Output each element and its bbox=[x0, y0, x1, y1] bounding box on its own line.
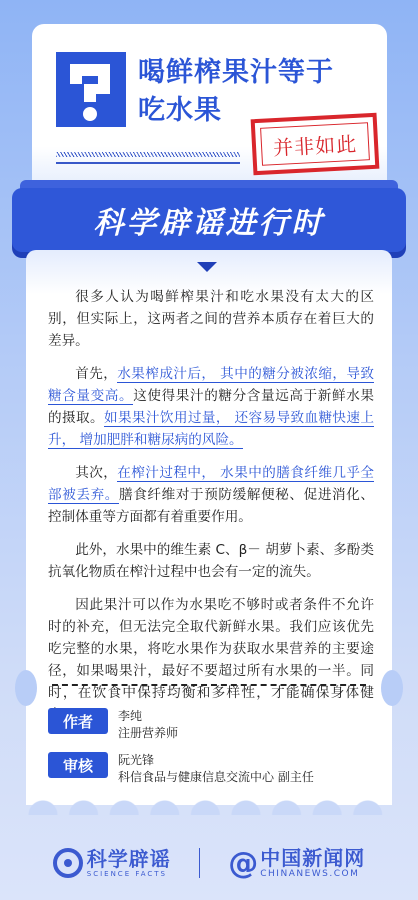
reviewer-credit: 审核 阮光锋 科信食品与健康信息交流中心 副主任 bbox=[48, 752, 314, 786]
dashed-divider bbox=[52, 684, 366, 686]
chinanews-logo: @ 中国新闻网 CHINANEWS.COM bbox=[228, 846, 365, 881]
reviewer-name: 阮光锋 bbox=[118, 752, 314, 769]
chevron-down-icon bbox=[197, 262, 217, 272]
paragraph: 因此果汁可以作为水果吃不够时或者条件不允许时的补充，但无法完全取代新鲜水果。我们… bbox=[48, 594, 374, 726]
logo-separator bbox=[199, 848, 201, 878]
ticket-notch-right bbox=[381, 670, 403, 706]
decorative-hatch bbox=[56, 152, 240, 157]
paragraph-text: 因此果汁可以作为水果吃不够时或者条件不允许时的补充，但无法完全取代新鲜水果。我们… bbox=[48, 597, 374, 723]
ticket-notch-left bbox=[15, 670, 37, 706]
footer-logos: 科学辟谣 SCIENCE FACTS @ 中国新闻网 CHINANEWS.COM bbox=[0, 838, 418, 888]
paragraph: 其次，在榨汁过程中， 水果中的膳食纤维几乎全部被丢弃。膳食纤维对于预防缓解便秘、… bbox=[48, 462, 374, 528]
banner-title: 科学辟谣进行时 bbox=[94, 198, 325, 242]
section-banner: 科学辟谣进行时 bbox=[12, 188, 406, 252]
at-sign-icon: @ bbox=[228, 846, 258, 881]
paragraph: 此外，水果中的维生素 C、β－ 胡萝卜素、多酚类抗氧化物质在榨汁过程中也会有一定… bbox=[48, 539, 374, 583]
logo2-en: CHINANEWS.COM bbox=[260, 869, 365, 879]
science-facts-logo: 科学辟谣 SCIENCE FACTS bbox=[53, 848, 171, 878]
verdict-stamp: 并非如此 bbox=[251, 113, 380, 176]
paragraph-text: 其次， bbox=[75, 465, 117, 481]
scalloped-edge bbox=[26, 795, 392, 815]
author-title: 注册营养师 bbox=[118, 725, 178, 742]
author-info: 李纯 注册营养师 bbox=[118, 708, 178, 742]
author-badge: 作者 bbox=[48, 708, 108, 734]
paragraph-text: 此外，水果中的维生素 C、β－ 胡萝卜素、多酚类抗氧化物质在榨汁过程中也会有一定… bbox=[48, 542, 374, 580]
logo1-en: SCIENCE FACTS bbox=[87, 870, 171, 878]
science-facts-icon bbox=[53, 848, 83, 878]
paragraph-text: 很多人认为喝鲜榨果汁和吃水果没有太大的区别，但实际上，这两者之间的营养本质存在着… bbox=[48, 289, 374, 349]
author-credit: 作者 李纯 注册营养师 bbox=[48, 708, 178, 742]
reviewer-title: 科信食品与健康信息交流中心 副主任 bbox=[118, 769, 314, 786]
reviewer-info: 阮光锋 科信食品与健康信息交流中心 副主任 bbox=[118, 752, 314, 786]
paragraph: 首先，水果榨成汁后， 其中的糖分被浓缩，导致糖含量变高。这使得果汁的糖分含量远高… bbox=[48, 363, 374, 451]
logo2-cn: 中国新闻网 bbox=[260, 847, 365, 869]
paragraph: 很多人认为喝鲜榨果汁和吃水果没有太大的区别，但实际上，这两者之间的营养本质存在着… bbox=[48, 286, 374, 352]
divider bbox=[56, 162, 240, 164]
question-mark-icon bbox=[56, 52, 126, 127]
article-body: 很多人认为喝鲜榨果汁和吃水果没有太大的区别，但实际上，这两者之间的营养本质存在着… bbox=[48, 286, 374, 737]
reviewer-badge: 审核 bbox=[48, 752, 108, 778]
stamp-text: 并非如此 bbox=[260, 122, 370, 166]
logo1-cn: 科学辟谣 bbox=[87, 848, 171, 870]
paragraph-text: 首先， bbox=[75, 366, 117, 382]
author-name: 李纯 bbox=[118, 708, 178, 725]
title-line-1: 喝鲜榨果汁等于 bbox=[138, 54, 378, 92]
